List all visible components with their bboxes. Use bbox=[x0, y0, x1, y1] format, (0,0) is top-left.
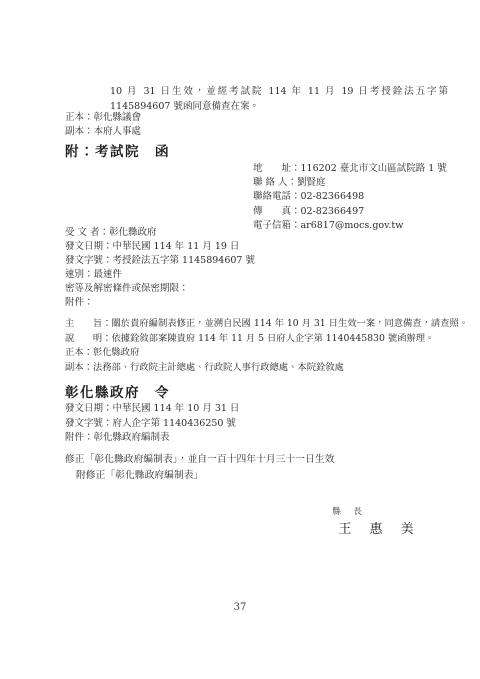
previous-section-continuation-text: 10 月 31 日生效，並經考試院 114 年 11 月 19 日考授銓法五字第… bbox=[110, 84, 448, 114]
priority-line: 速別：最速件 bbox=[65, 268, 255, 282]
letter-copy-recipients-line: 副本：法務部、行政院主計總處、行政院人事行政總處、本院銓敘處 bbox=[65, 361, 468, 376]
issue-date-line: 發文日期：中華民國 114 年 11 月 19 日 bbox=[65, 240, 255, 254]
classification-line: 密等及解密條件或保密期限： bbox=[65, 282, 255, 296]
letter-body-block: 主 旨：關於貴府編制表修正，並溯自民國 114 年 10 月 31 日生效一案，… bbox=[65, 317, 468, 375]
contact-email-line: 電子信箱：ar6817@mocs.gov.tw bbox=[253, 219, 447, 233]
order-amendment-line: 修正「彰化縣政府編制表」，並自一百十四年十月三十一日生效 bbox=[65, 452, 334, 468]
letter-original-recipient-line: 正本：彰化縣政府 bbox=[65, 346, 468, 361]
order-meta-block: 發文日期：中華民國 114 年 10 月 31 日 發文字號：府人企字第 114… bbox=[65, 402, 239, 446]
letter-meta-block: 受 文 者：彰化縣政府 發文日期：中華民國 114 年 11 月 19 日 發文… bbox=[65, 226, 255, 310]
subject-line: 主 旨：關於貴府編制表修正，並溯自民國 114 年 10 月 31 日生效一案，… bbox=[65, 317, 468, 332]
signer-title: 縣 長 bbox=[332, 507, 367, 517]
order-body-block: 修正「彰化縣政府編制表」，並自一百十四年十月三十一日生效 附修正「彰化縣政府編制… bbox=[65, 452, 334, 483]
attachment-line: 附件： bbox=[65, 296, 255, 310]
signer-name: 王 惠 美 bbox=[338, 522, 420, 537]
explanation-line: 說 明：依據銓敘部案陳貴府 114 年 11 月 5 日府人企字第 114044… bbox=[65, 332, 468, 347]
original-recipient-line: 正本：彰化縣議會 bbox=[65, 111, 141, 125]
contact-address-line: 地 址：116202 臺北市文山區試院路 1 號 bbox=[253, 162, 447, 176]
official-gazette-page: 10 月 31 日生效，並經考試院 114 年 11 月 19 日考授銓法五字第… bbox=[0, 0, 480, 679]
order-attachment-line: 附件：彰化縣政府編制表 bbox=[65, 431, 239, 446]
order-issue-date-line: 發文日期：中華民國 114 年 10 月 31 日 bbox=[65, 402, 239, 417]
page-number: 37 bbox=[0, 602, 480, 613]
contact-phone-line: 聯絡電話：02-82366498 bbox=[253, 190, 447, 204]
county-order-heading: 彰化縣政府 令 bbox=[65, 381, 170, 401]
sender-contact-block: 地 址：116202 臺北市文山區試院路 1 號 聯 絡 人：劉賢庭 聯絡電話：… bbox=[253, 162, 447, 233]
doc-number-line: 發文字號：考授銓法五字第 1145894607 號 bbox=[65, 254, 255, 268]
first-doc-distribution: 正本：彰化縣議會 副本：本府人事處 bbox=[65, 111, 141, 138]
attached-letter-heading: 附：考試院 函 bbox=[65, 140, 170, 160]
recipient-line: 受 文 者：彰化縣政府 bbox=[65, 226, 255, 240]
copy-recipient-line: 副本：本府人事處 bbox=[65, 125, 141, 139]
order-doc-number-line: 發文字號：府人企字第 1140436250 號 bbox=[65, 417, 239, 432]
contact-person-line: 聯 絡 人：劉賢庭 bbox=[253, 176, 447, 190]
signature-block: 縣 長 王 惠 美 bbox=[312, 480, 421, 556]
contact-fax-line: 傳 真：02-82366497 bbox=[253, 205, 447, 219]
order-attachment-note-line: 附修正「彰化縣政府編制表」 bbox=[76, 468, 334, 484]
